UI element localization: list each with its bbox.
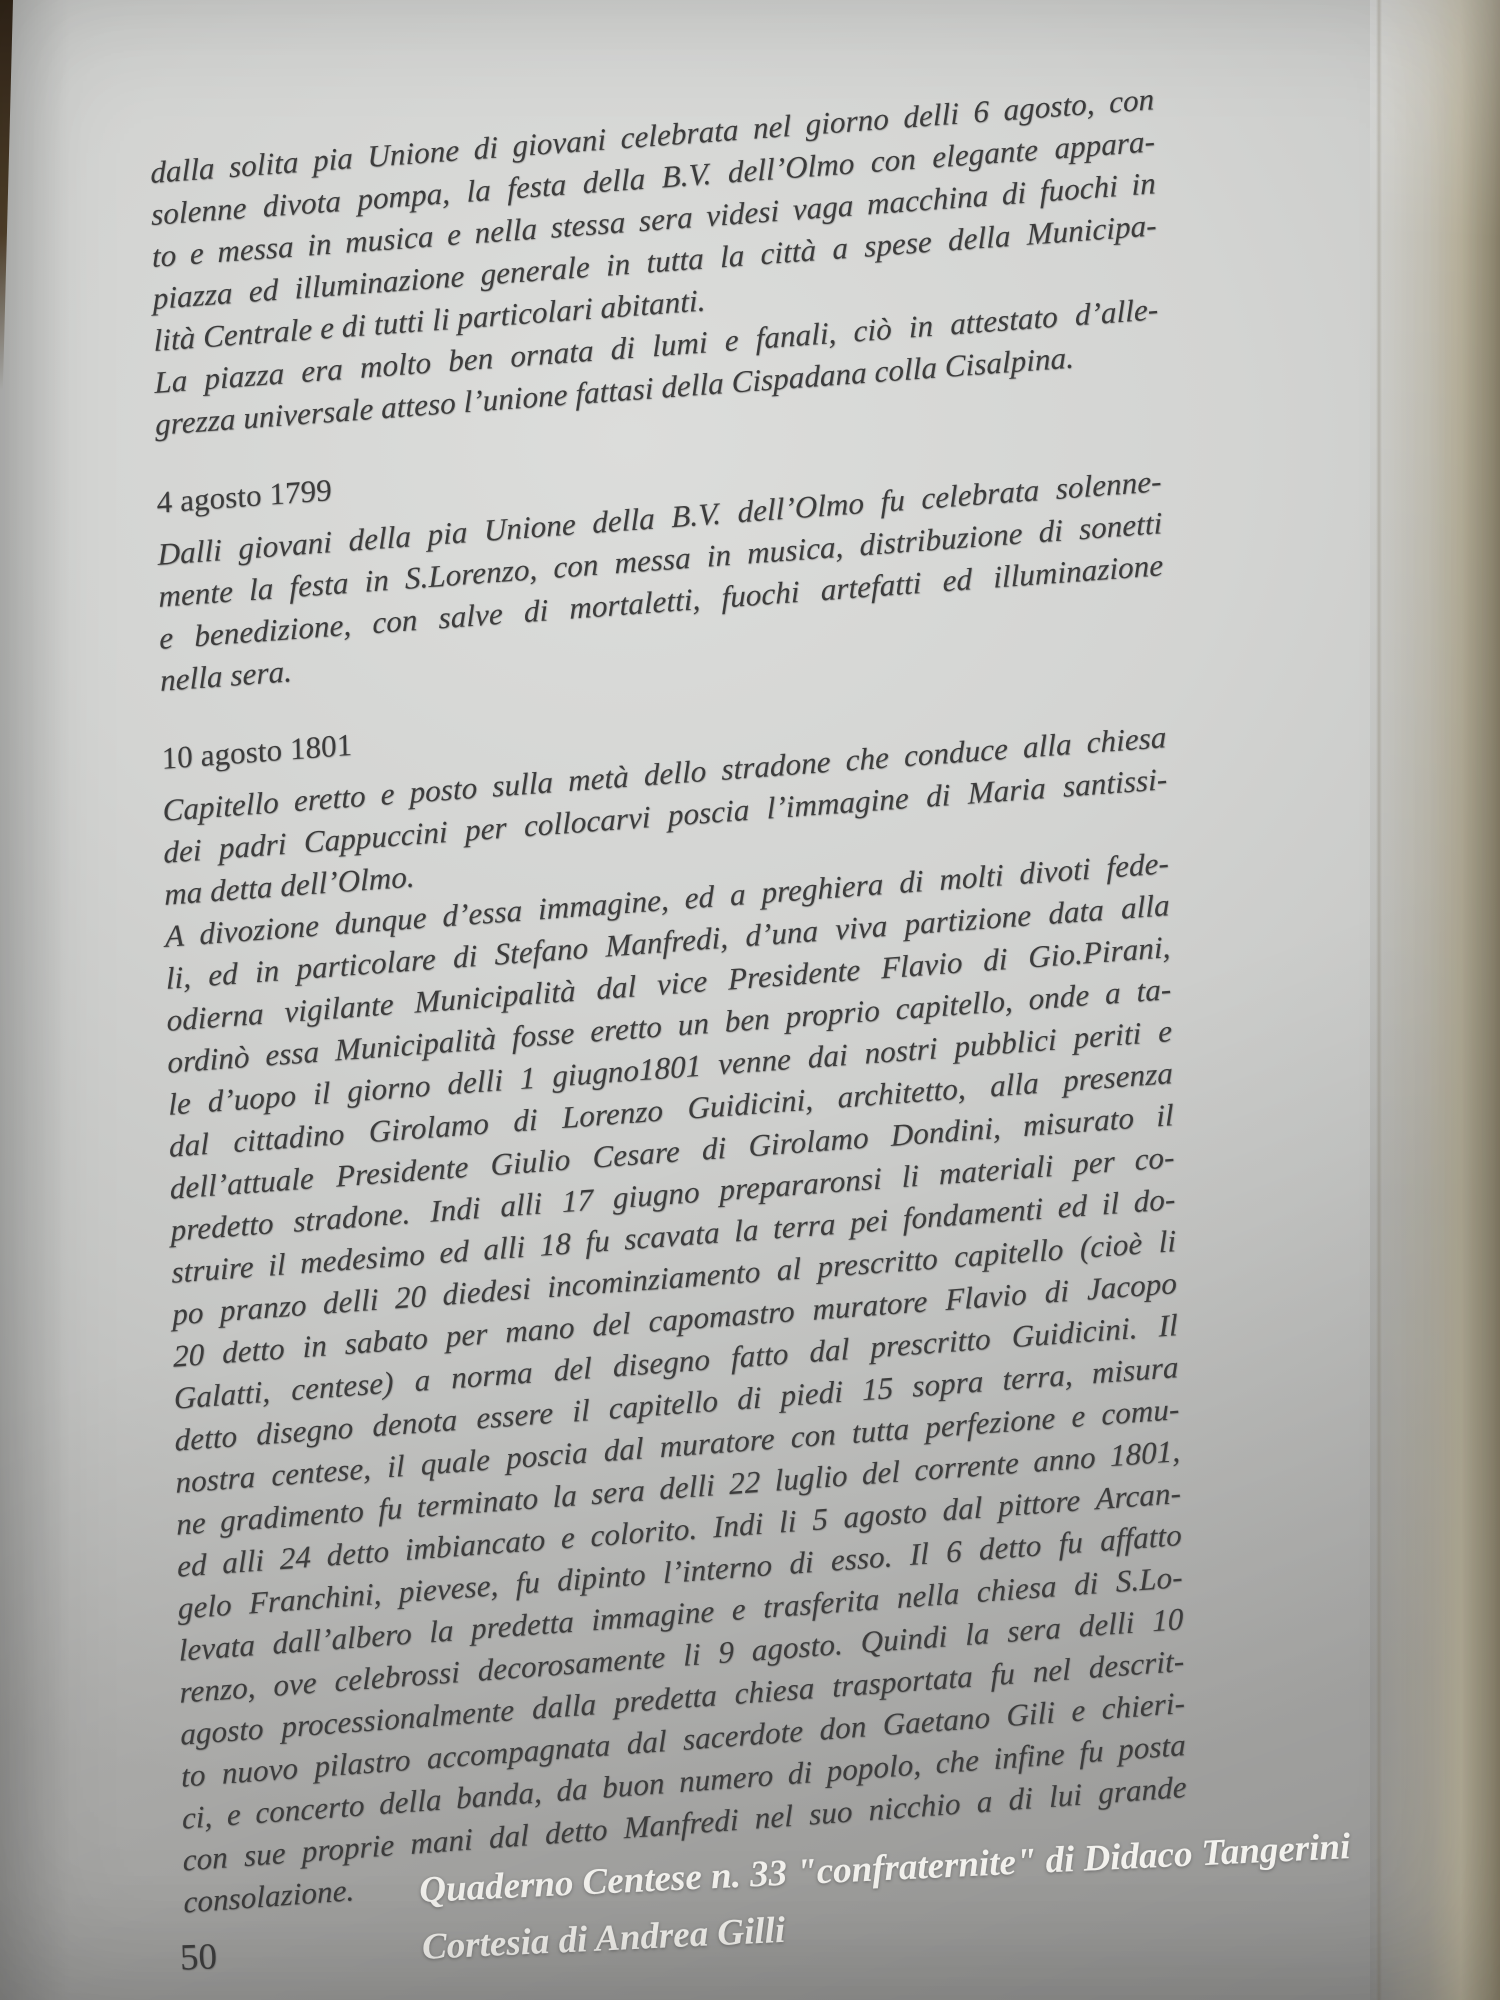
- page-crease: [1376, 0, 1382, 2000]
- book-page-photo: dalla solita pia Unione di giovani celeb…: [0, 0, 1500, 2000]
- book-spine-shadow: [0, 0, 13, 390]
- page-edge: [1370, 0, 1500, 2000]
- page-body: dalla solita pia Unione di giovani celeb…: [150, 78, 1188, 1923]
- paragraph: A divozione dunque d’essa immagine, ed a…: [165, 842, 1188, 1924]
- page-number: 50: [179, 1935, 217, 1979]
